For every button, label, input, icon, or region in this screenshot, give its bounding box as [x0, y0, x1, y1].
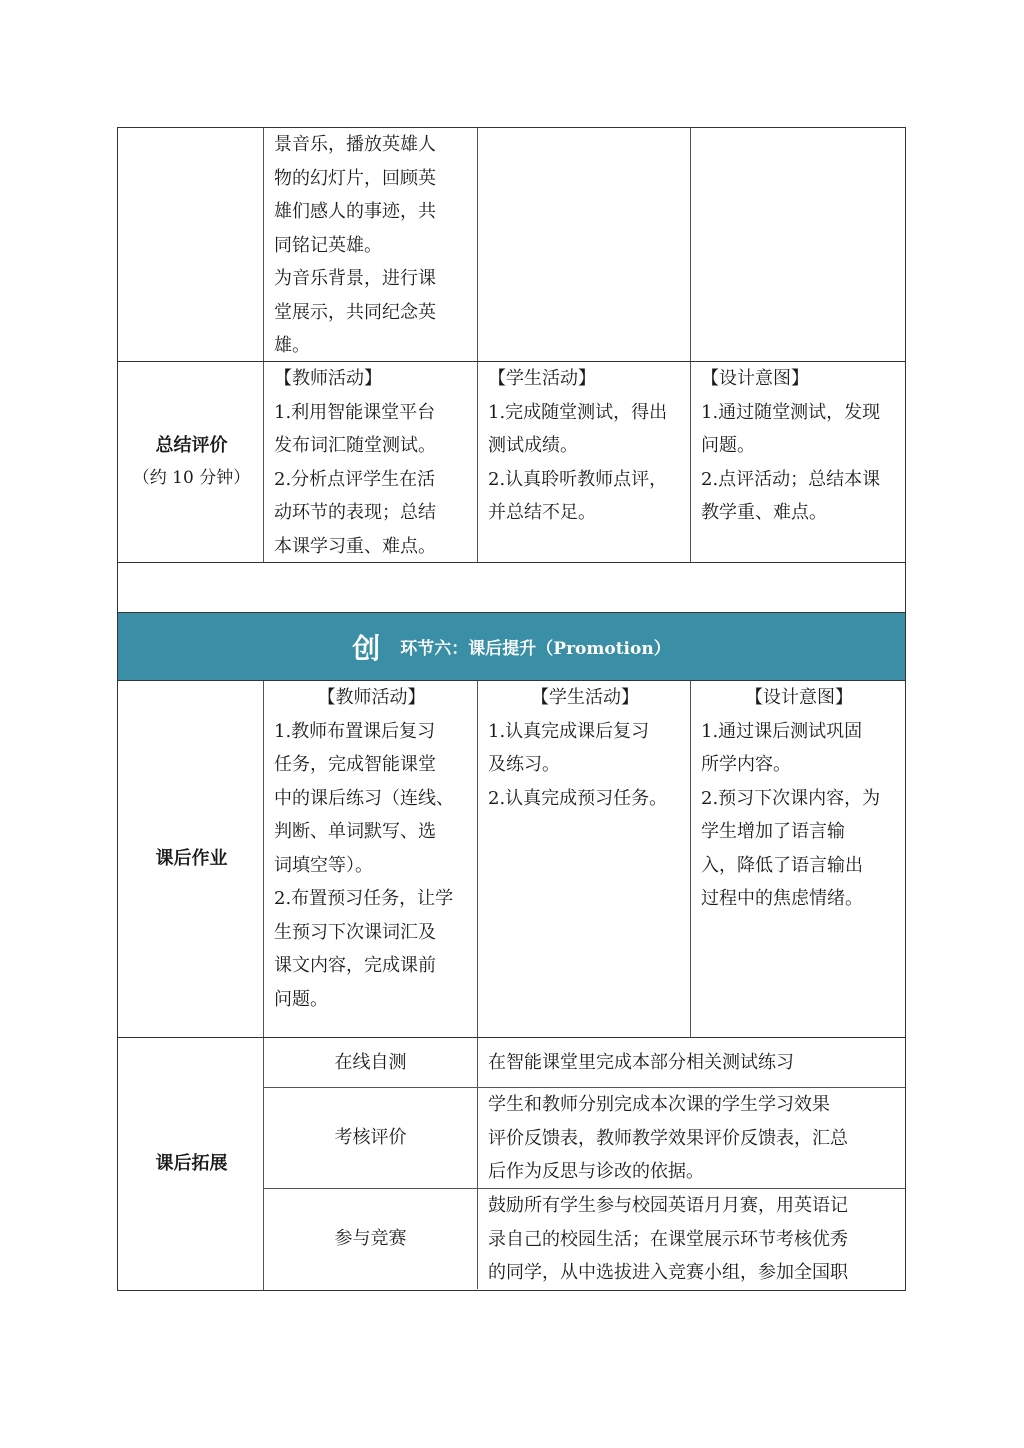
- text-line: 在智能课堂里完成本部分相关测试练习: [488, 1046, 794, 1080]
- text-line: 2.点评活动；总结本课: [701, 463, 897, 497]
- extension-item-name: 考核评价: [264, 1088, 478, 1188]
- text-line: 雄们感人的事迹，共: [274, 195, 469, 229]
- extension-row: 课后拓展 在线自测 在智能课堂里完成本部分相关测试练习 考核评价 学生和教师分别…: [117, 1038, 906, 1291]
- text-line: 同铭记英雄。: [274, 229, 469, 263]
- text-line: 录自己的校园生活；在课堂展示环节考核优秀: [488, 1223, 899, 1257]
- text-line: 教学重、难点。: [701, 496, 897, 530]
- text-line: 2.分析点评学生在活: [274, 463, 469, 497]
- text-line: 1.通过随堂测试，发现: [701, 396, 897, 430]
- teacher-activity-header: 【教师活动】: [274, 362, 469, 396]
- extension-item-name: 参与竞赛: [264, 1189, 478, 1289]
- text-line: 1.利用智能课堂平台: [274, 396, 469, 430]
- continuation-student-cell: [478, 128, 691, 361]
- extension-item-online-test: 在线自测 在智能课堂里完成本部分相关测试练习: [264, 1038, 905, 1088]
- summary-design-cell: 【设计意图】 1.通过随堂测试，发现 问题。 2.点评活动；总结本课 教学重、难…: [691, 362, 905, 562]
- text-line: 2.认真完成预习任务。: [488, 782, 682, 816]
- banner-title-en: （Promotion）: [536, 634, 670, 659]
- extension-item-desc: 鼓励所有学生参与校园英语月月赛，用英语记 录自己的校园生活；在课堂展示环节考核优…: [478, 1189, 905, 1289]
- text-line: 2.认真聆听教师点评，: [488, 463, 682, 497]
- text-line: 中的课后练习（连线、: [274, 782, 469, 816]
- student-activity-header: 【学生活动】: [488, 681, 682, 715]
- continuation-row: 景音乐，播放英雄人 物的幻灯片，回顾英 雄们感人的事迹，共 同铭记英雄。 为音乐…: [117, 127, 906, 362]
- text-line: 本课学习重、难点。: [274, 530, 469, 564]
- design-intent-header: 【设计意图】: [701, 681, 897, 715]
- text-line: 测试成绩。: [488, 429, 682, 463]
- extension-label-cell: 课后拓展: [118, 1038, 264, 1290]
- extension-items: 在线自测 在智能课堂里完成本部分相关测试练习 考核评价 学生和教师分别完成本次课…: [264, 1038, 905, 1290]
- summary-label: 总结评价: [156, 429, 228, 463]
- text-line: 及练习。: [488, 748, 682, 782]
- summary-label-cell: 总结评价 （约 10 分钟）: [118, 362, 264, 562]
- extension-item-competition: 参与竞赛 鼓励所有学生参与校园英语月月赛，用英语记 录自己的校园生活；在课堂展示…: [264, 1189, 905, 1289]
- section-banner: 创 环节六：课后提升 （Promotion）: [117, 613, 906, 681]
- text-line: 2.布置预习任务，让学: [274, 882, 469, 916]
- text-line: 1.认真完成课后复习: [488, 715, 682, 749]
- text-line: 课文内容，完成课前: [274, 949, 469, 983]
- extension-label: 课后拓展: [156, 1147, 228, 1181]
- summary-duration: （约 10 分钟）: [133, 462, 250, 496]
- text-line: 发布词汇随堂测试。: [274, 429, 469, 463]
- text-line: 评价反馈表，教师教学效果评价反馈表，汇总: [488, 1122, 899, 1156]
- extension-item-desc: 学生和教师分别完成本次课的学生学习效果 评价反馈表，教师教学效果评价反馈表，汇总…: [478, 1088, 905, 1188]
- homework-row: 课后作业 【教师活动】 1.教师布置课后复习 任务，完成智能课堂 中的课后练习（…: [117, 681, 906, 1038]
- text-line: 判断、单词默写、选: [274, 815, 469, 849]
- text-line: 的同学，从中选拔进入竞赛小组，参加全国职: [488, 1256, 899, 1290]
- text-line: 堂展示，共同纪念英: [274, 296, 469, 330]
- continuation-design-cell: [691, 128, 905, 361]
- extension-item-assessment: 考核评价 学生和教师分别完成本次课的学生学习效果 评价反馈表，教师教学效果评价反…: [264, 1088, 905, 1189]
- text-line: 后作为反思与诊改的依据。: [488, 1155, 899, 1189]
- homework-teacher-cell: 【教师活动】 1.教师布置课后复习 任务，完成智能课堂 中的课后练习（连线、 判…: [264, 681, 478, 1037]
- banner-title: 环节六：课后提升: [400, 634, 536, 659]
- text-line: 问题。: [274, 983, 469, 1017]
- extension-item-desc: 在智能课堂里完成本部分相关测试练习: [478, 1038, 905, 1087]
- text-line: 景音乐，播放英雄人: [274, 128, 469, 162]
- text-line: 所学内容。: [701, 748, 897, 782]
- text-line: 过程中的焦虑情绪。: [701, 882, 897, 916]
- homework-label: 课后作业: [156, 842, 228, 876]
- continuation-teacher-cell: 景音乐，播放英雄人 物的幻灯片，回顾英 雄们感人的事迹，共 同铭记英雄。 为音乐…: [264, 128, 478, 361]
- text-line: 入，降低了语言输出: [701, 849, 897, 883]
- student-activity-header: 【学生活动】: [488, 362, 682, 396]
- text-line: 2.预习下次课内容，为: [701, 782, 897, 816]
- text-line: 物的幻灯片，回顾英: [274, 162, 469, 196]
- continuation-label-cell: [118, 128, 264, 361]
- text-line: 生预习下次课词汇及: [274, 916, 469, 950]
- banner-big-char: 创: [352, 627, 380, 667]
- teacher-activity-header: 【教师活动】: [274, 681, 469, 715]
- text-line: 鼓励所有学生参与校园英语月月赛，用英语记: [488, 1189, 899, 1223]
- text-line: 并总结不足。: [488, 496, 682, 530]
- homework-student-cell: 【学生活动】 1.认真完成课后复习 及练习。 2.认真完成预习任务。: [478, 681, 691, 1037]
- text-line: 任务，完成智能课堂: [274, 748, 469, 782]
- lesson-plan-table: 景音乐，播放英雄人 物的幻灯片，回顾英 雄们感人的事迹，共 同铭记英雄。 为音乐…: [117, 127, 906, 1291]
- text-line: 1.完成随堂测试，得出: [488, 396, 682, 430]
- text-line: 词填空等）。: [274, 849, 469, 883]
- extension-item-name: 在线自测: [264, 1038, 478, 1087]
- homework-design-cell: 【设计意图】 1.通过课后测试巩固 所学内容。 2.预习下次课内容，为 学生增加…: [691, 681, 905, 1037]
- text-line: 1.通过课后测试巩固: [701, 715, 897, 749]
- summary-teacher-cell: 【教师活动】 1.利用智能课堂平台 发布词汇随堂测试。 2.分析点评学生在活 动…: [264, 362, 478, 562]
- design-intent-header: 【设计意图】: [701, 362, 897, 396]
- homework-label-cell: 课后作业: [118, 681, 264, 1037]
- text-line: 动环节的表现；总结: [274, 496, 469, 530]
- text-line: 雄。: [274, 329, 469, 363]
- summary-student-cell: 【学生活动】 1.完成随堂测试，得出 测试成绩。 2.认真聆听教师点评， 并总结…: [478, 362, 691, 562]
- summary-row: 总结评价 （约 10 分钟） 【教师活动】 1.利用智能课堂平台 发布词汇随堂测…: [117, 362, 906, 563]
- text-line: 学生增加了语言输: [701, 815, 897, 849]
- text-line: 学生和教师分别完成本次课的学生学习效果: [488, 1088, 899, 1122]
- text-line: 问题。: [701, 429, 897, 463]
- empty-spacer-row: [117, 563, 906, 613]
- text-line: 1.教师布置课后复习: [274, 715, 469, 749]
- text-line: 为音乐背景，进行课: [274, 262, 469, 296]
